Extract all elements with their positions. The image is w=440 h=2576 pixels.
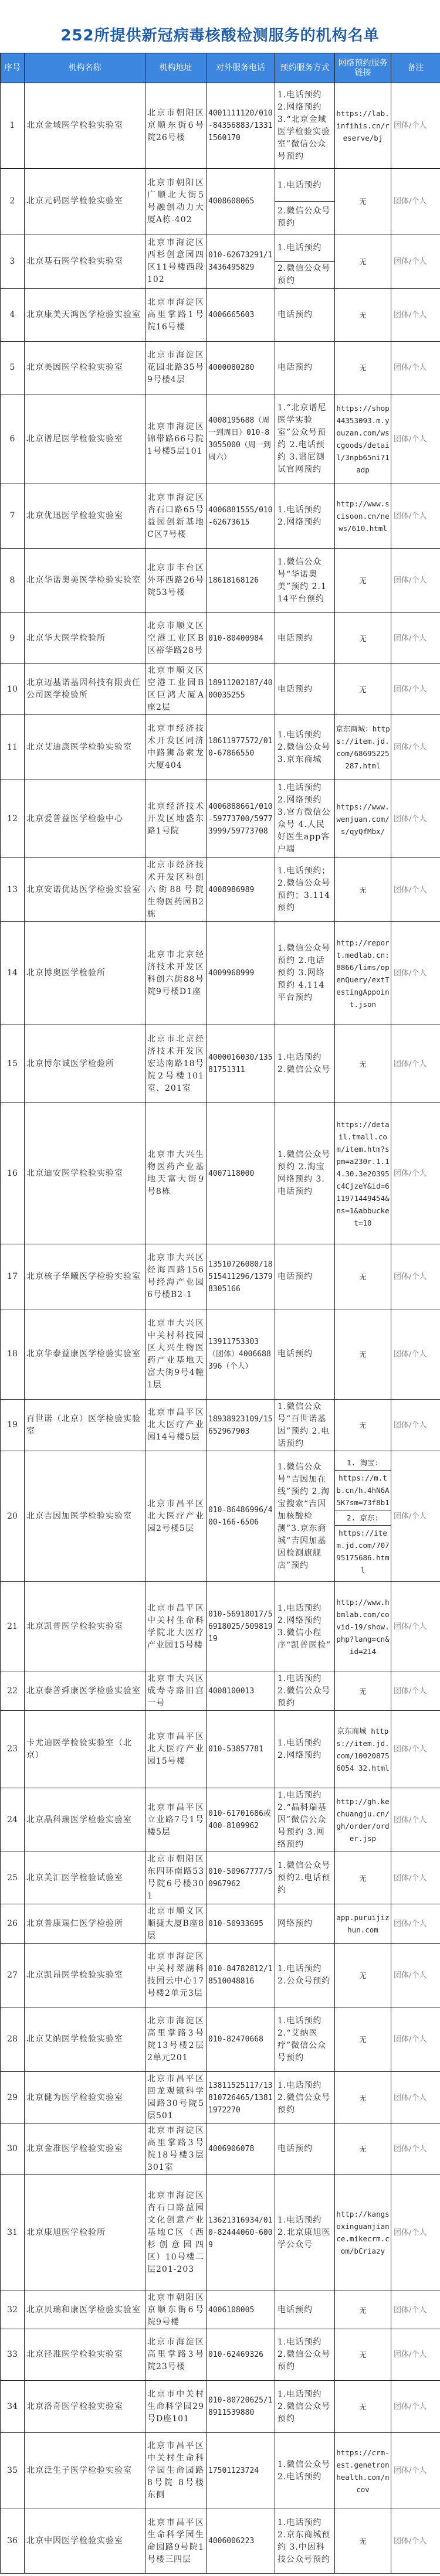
no-link-text: 无 (335, 2143, 391, 2155)
no-link-text: 无 (335, 195, 391, 207)
service-scope-note: 团体/个人 (391, 2329, 440, 2381)
booking-link[interactable]: http://kangsoxinguanjiance.mikecrm.com/b… (335, 2175, 391, 2291)
table-row: 9北京华大医学检验所北京市顺义区空港工业区B区裕华路28号010-8040098… (1, 613, 440, 664)
row-number: 17 (1, 1244, 25, 1309)
service-phone: 010-50933695 (207, 1904, 275, 1944)
booking-link-none: 无 (335, 1944, 391, 2007)
booking-url[interactable]: https://detail.tmall.com/item.htm?spm=a2… (335, 1118, 391, 1229)
booking-method-item: 1.电话预约 2.微信公众号预约 (275, 2388, 334, 2425)
no-link-text: 无 (335, 2304, 391, 2316)
institution-address: 北京市大兴区成寿寺路旧宫一号 (145, 1672, 207, 1711)
booking-link-none: 无 (335, 1400, 391, 1451)
service-scope-note: 团体/个人 (391, 2291, 440, 2329)
institution-address: 北京市昌平区中关村生命科学园生命园路8号院 8号楼东侧 (145, 2433, 207, 2509)
booking-link-none: 无 (335, 2124, 391, 2175)
booking-method-item: 1.电话预约 2.网络预约 (275, 1737, 334, 1762)
booking-method-item: 电话预约 (275, 2304, 334, 2316)
row-number: 5 (1, 342, 25, 394)
table-row: 26北京普康瑞仁医学检验所北京市顺义区顺捷大厦B座8层010-50933695网… (1, 1904, 440, 1944)
row-number: 20 (1, 1451, 25, 1582)
booking-link[interactable]: https://www.wenjuan.com/s/qyQfMbx/ (335, 780, 391, 858)
booking-link[interactable]: http://report.medlab.cn:8866/lims/openQu… (335, 922, 391, 1025)
institution-name: 北京艾迪康医学检验实验室 (25, 715, 145, 780)
no-link-text: 无 (335, 574, 391, 587)
table-row: 24北京晶科瑞医学检验实验室北京市昌平区立业路7号1号楼5层010-617016… (1, 1788, 440, 1852)
institution-address: 北京市海淀区西杉创意园四区11号楼西段102 (145, 234, 207, 289)
row-number: 21 (1, 1582, 25, 1672)
booking-method-item: 电话预约 (275, 1348, 334, 1360)
booking-url[interactable]: http://gh.kechuangju.cn/gh/order/order.j… (335, 1795, 391, 1845)
service-scope-note: 团体/个人 (391, 342, 440, 394)
booking-method-item: 1.电话预约 2.京东商城预约 3.中因科技公众号预约 (275, 2517, 334, 2566)
table-row: 25北京美汇医学检验试验室北京市朝阳区东四环南路53号院6号楼301010-50… (1, 1852, 440, 1904)
row-number: 28 (1, 2007, 25, 2072)
table-row: 27北京凯昂医学检验实验室北京市海淀区中关村翠湖科技园云中心17号楼2单元3层0… (1, 1944, 440, 2007)
service-phone: 4006006223 (207, 2509, 275, 2574)
booking-method-item: 1.电话预约 2.“艾纳医疗”微信公众号预约 (275, 2015, 334, 2064)
booking-url[interactable]: https://item.jd.com/70795175686.html (335, 1526, 391, 1577)
no-link-text: 无 (335, 2401, 391, 2413)
institution-name: 北京径准医学检验实验室 (25, 2329, 145, 2381)
institution-address: 北京市昌平区生命科学园生命园路9号院1号楼三四层 (145, 2509, 207, 2574)
booking-link[interactable]: https://crm-est.genetronhealth.com/ncov (335, 2433, 391, 2509)
institution-address: 北京经济技术开发区地盛东路1号院 (145, 780, 207, 858)
booking-method: 1.微信公众号预约 2.电话预约 3.网络预约 4.114平台预约 (275, 922, 335, 1025)
table-row: 14北京博奥医学检验所北京市北京经济技术开发区科创六街88号院9号楼D1座400… (1, 922, 440, 1025)
institution-name: 北京迪安医学检验实验室 (25, 1103, 145, 1244)
row-number: 19 (1, 1400, 25, 1451)
booking-method-item: 1.电话预约 (275, 169, 334, 201)
booking-url[interactable]: app.puruijizhun.com (335, 1911, 391, 1936)
booking-link[interactable]: https://detail.tmall.com/item.htm?spm=a2… (335, 1103, 391, 1244)
service-scope-note: 团体/个人 (391, 2433, 440, 2509)
booking-method: 1.电话预约 2.网络预约 3.“北京金域医学检验实验室”微信公众号预约 (275, 83, 335, 169)
row-number: 11 (1, 715, 25, 780)
booking-method: 网络预约 (275, 1904, 335, 1944)
booking-link-none: 无 (335, 289, 391, 342)
booking-link[interactable]: http://gh.kechuangju.cn/gh/order/order.j… (335, 1788, 391, 1852)
institution-name: 北京金域医学检验实验室 (25, 83, 145, 169)
service-phone: 13621316934/010-82444060-6009 (207, 2175, 275, 2291)
header-seq: 序号 (1, 53, 25, 83)
booking-link-none: 无 (335, 2509, 391, 2574)
booking-link[interactable]: 京东商城：https://item.jd.com/68695225287.htm… (335, 715, 391, 780)
booking-method-item: 1.电话预约；2.微信公众号预约；3.114预约 (275, 865, 334, 914)
booking-url[interactable]: https://www.wenjuan.com/s/qyQfMbx/ (335, 801, 391, 838)
booking-method: 1.电话预约2.微信公众号预约 (275, 234, 335, 289)
booking-method-item: 1.微信公众号预约 2.淘宝网络预约 3.电话预约 (275, 1149, 334, 1198)
service-scope-note: 团体/个人 (391, 1025, 440, 1103)
institution-name: 北京博奥医学检验所 (25, 922, 145, 1025)
service-scope-note: 团体/个人 (391, 1451, 440, 1582)
booking-method: 1.电话预约 2.北京康旭医学公众号 (275, 2175, 335, 2291)
table-row: 32北京贝瑞和康医学检验实验室北京市朝阳区京顺东街6号院9号楼400610800… (1, 2291, 440, 2329)
institution-name: 北京爱普益医学检验中心 (25, 780, 145, 858)
row-number: 7 (1, 484, 25, 549)
service-scope-note: 团体/个人 (391, 613, 440, 664)
institution-name: 北京基石医学检验实验室 (25, 234, 145, 289)
service-phone: 4006881555/010-62673615 (207, 484, 275, 549)
row-number: 18 (1, 1309, 25, 1400)
booking-url[interactable]: http://report.medlab.cn:8866/lims/openQu… (335, 937, 391, 1010)
institution-name: 北京凯昂医学检验实验室 (25, 1944, 145, 2007)
row-number: 26 (1, 1904, 25, 1944)
page-title: 252所提供新冠病毒核酸检测服务的机构名单 (0, 23, 440, 45)
booking-method: 1.微信公众号“华诺奥美”预约 2.114平台预约 (275, 549, 335, 613)
header-phone: 对外服务电话 (207, 53, 275, 83)
booking-link[interactable]: 京东商城 https://item.jd.com/100208756054 32… (335, 1711, 391, 1788)
institution-address: 北京市丰台区外环西路26号院53号楼 (145, 549, 207, 613)
booking-method: 1.电话预约 2.网络预约 (275, 484, 335, 549)
institution-address: 北京市朝阳区东四环南路53号院6号楼301 (145, 1852, 207, 1904)
institution-address: 北京市昌平区中关村生命科学院北大医疗产业园15号楼 (145, 1582, 207, 1672)
booking-method-item: 1.电话预约 2.北京康旭医学公众号 (275, 2214, 334, 2251)
table-row: 34北京洛奇医学检验实验室北京市中关村生命科学园29号D座101010-8072… (1, 2381, 440, 2433)
no-link-text: 无 (335, 632, 391, 645)
table-row: 8北京华诺奥美医学检验实验室北京市丰台区外环西路26号院53号楼18618168… (1, 549, 440, 613)
institution-name: 北京美汇医学检验试验室 (25, 1852, 145, 1904)
booking-method-item: 1.“北京谱尼医学实验室”公众号预约 2.电话预约 3.谱尼测试官网预约 (275, 402, 334, 476)
booking-method-item: 1.电话预约 2.“晶科瑞基因”微信公众号预约 3.网络预约 (275, 1789, 334, 1851)
service-phone: 010-53857781 (207, 1711, 275, 1788)
institution-name: 北京博尔诚医学检验所 (25, 1025, 145, 1103)
booking-method: 1.微信公众号 2.电话预约 (275, 2433, 335, 2509)
institution-address: 北京市中关村生命科学园29号D座101 (145, 2381, 207, 2433)
booking-method: 1.电话预约 2.微信公众号预约 (275, 2329, 335, 2381)
service-phone: 010-80400984 (207, 613, 275, 664)
table-header-row: 序号 机构名称 机构地址 对外服务电话 预约服务方式 网络预约服务链接 备注 (1, 53, 440, 83)
booking-url[interactable]: http://kangsoxinguanjiance.mikecrm.com/b… (335, 2208, 391, 2257)
booking-method: 1.电话预约 2.微信公众号 (275, 1025, 335, 1103)
booking-method-item: 1.电话预约 2.微信公众号预约 (275, 2080, 334, 2116)
header-address: 机构地址 (145, 53, 207, 83)
booking-method-item: 电话预约 (275, 2143, 334, 2155)
booking-method-item: 1.微信公众号预约 2.电话预约 3.网络预约 4.114平台预约 (275, 942, 334, 1004)
service-phone: 010-50967777/50967962 (207, 1852, 275, 1904)
booking-url[interactable]: https://crm-est.genetronhealth.com/ncov (335, 2446, 391, 2496)
institution-address: 北京市海淀区锦带路66号院1号楼5层101 (145, 394, 207, 484)
service-phone: 4000080280 (207, 342, 275, 394)
service-scope-note: 团体/个人 (391, 1852, 440, 1904)
service-phone: 4000016030/13581751311 (207, 1025, 275, 1103)
booking-link-none: 无 (335, 2007, 391, 2072)
booking-method-item: 网络预约 (275, 1918, 334, 1930)
service-scope-note: 团体/个人 (391, 169, 440, 234)
booking-method: 1.电话预约2.微信公众号预约 (275, 169, 335, 234)
header-name: 机构名称 (25, 53, 145, 83)
booking-link[interactable]: 1. 淘宝:https://m.tb.cn/h.4hN6A5K?sm=73f8b… (335, 1451, 391, 1582)
service-scope-note: 团体/个人 (391, 1904, 440, 1944)
institution-address: 北京市昌平区北大医疗产业园2号楼5层 (145, 1451, 207, 1582)
table-row: 1北京金域医学检验实验室北京市朝阳区京顺东街6号院26号楼4001111120/… (1, 83, 440, 169)
no-link-text: 无 (335, 1271, 391, 1283)
booking-url[interactable]: http://www.scisoon.cn/news/610.html (335, 498, 391, 535)
institution-address: 北京市昌平区回龙观镇科学园路30号院5层501 (145, 2072, 207, 2124)
service-phone: 010-84782812/18510048816 (207, 1944, 275, 2007)
no-link-text: 无 (335, 362, 391, 374)
booking-method-item: 1.电话预约 2.网络预约 3.“北京金域医学检验实验室”微信公众号预约 (275, 89, 334, 163)
service-scope-note: 团体/个人 (391, 1244, 440, 1309)
service-scope-note: 团体/个人 (391, 780, 440, 858)
no-link-text: 无 (335, 256, 391, 268)
institution-name: 百世诺（北京）医学检验实验室 (25, 1400, 145, 1451)
row-number: 36 (1, 2509, 25, 2574)
institution-name: 北京优迅医学检验实验室 (25, 484, 145, 549)
row-number: 15 (1, 1025, 25, 1103)
row-number: 4 (1, 289, 25, 342)
header-link: 网络预约服务链接 (335, 53, 391, 83)
institution-name: 北京美因医学检验实验室 (25, 342, 145, 394)
row-number: 8 (1, 549, 25, 613)
service-scope-note: 团体/个人 (391, 1103, 440, 1244)
booking-method: 1.微信公众号预约2.电话预约 (275, 1852, 335, 1904)
booking-method: 1.电话预约；2.微信公众号预约；3.114预约 (275, 858, 335, 922)
booking-method-item: 1.电话预约 2.网络预约 3.官方微信公众号 4.人民好医生app客户端 (275, 782, 334, 856)
row-number: 9 (1, 613, 25, 664)
table-row: 15北京博尔诚医学检验所北京市北京经济技术开发区宏达南路18号院2号楼101室、… (1, 1025, 440, 1103)
booking-link[interactable]: app.puruijizhun.com (335, 1904, 391, 1944)
no-link-text: 无 (335, 683, 391, 696)
booking-url[interactable]: http://www.hbmlab.com/covid-19/show.php?… (335, 1596, 391, 1658)
table-row: 29北京健为医学检验实验室北京市昌平区回龙观镇科学园路30号院5层5011381… (1, 2072, 440, 2124)
service-phone: 18611977572/010-67866550 (207, 715, 275, 780)
institution-name: 北京华大医学检验所 (25, 613, 145, 664)
table-body: 1北京金域医学检验实验室北京市朝阳区京顺东街6号院26号楼4001111120/… (1, 83, 440, 2574)
institution-address: 北京市海淀区花园北路35号9号楼4层 (145, 342, 207, 394)
institution-address: 北京市北京经济技术开发区科创六街88号院9号楼D1座 (145, 922, 207, 1025)
booking-method: 1.微信公众号预约 2.淘宝网络预约 3.电话预约 (275, 1103, 335, 1244)
row-number: 33 (1, 2329, 25, 2381)
row-number: 1 (1, 83, 25, 169)
service-phone: 17501123724 (207, 2433, 275, 2509)
service-phone: 13510726080/18515411296/13798305166 (207, 1244, 275, 1309)
booking-method: 电话预约 (275, 1309, 335, 1400)
institution-name: 卡尤迪医学检验实验室（北京） (25, 1711, 145, 1788)
table-row: 17北京核子华曦医学检验实验室北京市大兴区经海四路156号经海产业园6号楼B2-… (1, 1244, 440, 1309)
row-number: 14 (1, 922, 25, 1025)
service-scope-note: 团体/个人 (391, 1400, 440, 1451)
booking-method: 电话预约 (275, 289, 335, 342)
booking-method: 1.电话预约 2.公众号预约 (275, 1944, 335, 2007)
table-row: 31北京康旭医学检验所北京市海淀区杏石口路益园文化创意产业基地C区（西杉创意园四… (1, 2175, 440, 2291)
service-phone: 4006108005 (207, 2291, 275, 2329)
booking-method-item: 1.微信公众号 2.电话预约 (275, 2459, 334, 2483)
booking-method: 1.电话预约 2.京东商城预约 3.中因科技公众号预约 (275, 2509, 335, 2574)
institution-name: 北京谱尼医学检验实验室 (25, 394, 145, 484)
institution-address: 北京市顺义区空港工业区B区裕华路28号 (145, 613, 207, 664)
service-scope-note: 团体/个人 (391, 1944, 440, 2007)
booking-method-item: 1.电话预约 2.微信公众号预约 (275, 1673, 334, 1710)
service-scope-note: 团体/个人 (391, 549, 440, 613)
table-row: 5北京美因医学检验实验室北京市海淀区花园北路35号9号楼4层4000080280… (1, 342, 440, 394)
booking-method-item: 电话预约 (275, 362, 334, 374)
booking-method-item: 1.微信公众号“华诺奥美”预约 2.114平台预约 (275, 556, 334, 605)
booking-method-item: 电话预约 (275, 683, 334, 696)
table-row: 4北京康美天鸿医学检验实验室北京市海淀区高里掌路1号院16号楼400666560… (1, 289, 440, 342)
institution-name: 北京吉因加医学检验实验室 (25, 1451, 145, 1582)
header-method: 预约服务方式 (275, 53, 335, 83)
institution-name: 北京洛奇医学检验实验室 (25, 2381, 145, 2433)
header-note: 备注 (391, 53, 440, 83)
service-phone: 4006665603 (207, 289, 275, 342)
booking-method: 1.电话预约 2.微信公众号预约 (275, 1672, 335, 1711)
booking-link-none: 无 (335, 2291, 391, 2329)
table-row: 2北京元码医学检验实验室北京市朝阳区广顺北大街5号融创动力大厦A栋-402400… (1, 169, 440, 234)
service-scope-note: 团体/个人 (391, 2509, 440, 2574)
booking-url[interactable]: https://shop44353093.m.youzan.com/wscgoo… (335, 402, 391, 476)
institution-address: 北京市顺义区空港工业园B区巨鸿大厦A座2层 (145, 664, 207, 715)
institution-name: 北京健为医学检验实验室 (25, 2072, 145, 2124)
booking-link[interactable]: http://www.hbmlab.com/covid-19/show.php?… (335, 1582, 391, 1672)
booking-method: 电话预约 (275, 1244, 335, 1309)
booking-link-none: 无 (335, 342, 391, 394)
institution-name: 北京贝瑞和康医学检验实验室 (25, 2291, 145, 2329)
institution-name: 北京元码医学检验实验室 (25, 169, 145, 234)
booking-method: 1.电话预约 2.“艾纳医疗”微信公众号预约 (275, 2007, 335, 2072)
booking-link-none: 无 (335, 2072, 391, 2124)
booking-method-item: 1.电话预约 2.网络预约 3.微信小程序“凯普医检” (275, 1602, 334, 1652)
booking-link-none: 无 (335, 664, 391, 715)
table-row: 7北京优迅医学检验实验室北京市海淀区杏石口路65号益园创新基地C区7号楼4006… (1, 484, 440, 549)
no-link-text: 无 (335, 1872, 391, 1884)
institution-address: 北京市海淀区高里掌路3号院23号楼 (145, 2329, 207, 2381)
row-number: 31 (1, 2175, 25, 2291)
booking-method-item: 1.电话预约 2.微信公众号 (275, 1052, 334, 1076)
service-phone: 010-61701686或400-8109962 (207, 1788, 275, 1852)
institution-address: 北京市海淀区高里掌路3号院13号楼2层2单元201 (145, 2007, 207, 2072)
service-scope-note: 团体/个人 (391, 394, 440, 484)
row-number: 6 (1, 394, 25, 484)
service-phone: 13811525117/13810726465/13811972270 (207, 2072, 275, 2124)
booking-url[interactable]: https://lab.infihis.cn/reserve/bj (335, 107, 391, 144)
table-row: 6北京谱尼医学检验实验室北京市海淀区锦带路66号院1号楼5层1014008195… (1, 394, 440, 484)
row-number: 27 (1, 1944, 25, 2007)
service-phone: 13911753303（团体）4006688396（个人） (207, 1309, 275, 1400)
service-scope-note: 团体/个人 (391, 1582, 440, 1672)
service-phone: 010-56918017/56918025/50981919 (207, 1582, 275, 1672)
booking-method: 电话预约 (275, 664, 335, 715)
table-row: 20北京吉因加医学检验实验室北京市昌平区北大医疗产业园2号楼5层010-8648… (1, 1451, 440, 1582)
table-row: 11北京艾迪康医学检验实验室北京市经济技术开发区同济中路狮岛索龙大厦404186… (1, 715, 440, 780)
booking-method: 1.电话预约 2.网络预约 3.官方微信公众号 4.人民好医生app客户端 (275, 780, 335, 858)
booking-link-none: 无 (335, 2381, 391, 2433)
institution-address: 北京市大兴区经海四路156号经海产业园6号楼B2-1 (145, 1244, 207, 1309)
service-scope-note: 团体/个人 (391, 1711, 440, 1788)
service-phone: 4006888661/010-59773700/59773999/5977370… (207, 780, 275, 858)
row-number: 25 (1, 1852, 25, 1904)
no-link-text: 无 (335, 1419, 391, 1431)
table-row: 3北京基石医学检验实验室北京市海淀区西杉创意园四区11号楼西段102010-62… (1, 234, 440, 289)
service-scope-note: 团体/个人 (391, 922, 440, 1025)
service-phone: 4008195688（周一到周日）010-83055000（周一到周六） (207, 394, 275, 484)
booking-url[interactable]: 京东商城 https://item.jd.com/100208756054 32… (335, 1725, 391, 1774)
booking-method-item: 1.电话预约 2.微信公众号 3.京东商城 (275, 729, 334, 766)
service-scope-note: 团体/个人 (391, 2007, 440, 2072)
no-link-text: 无 (335, 1348, 391, 1360)
booking-method-item: 1.电话预约 2.微信公众号预约 (275, 2336, 334, 2373)
table-row: 22北京泰普舜康医学检验实验室北京市大兴区成寿寺路旧宫一号40081000131… (1, 1672, 440, 1711)
institution-address: 北京市海淀区杏石口路65号益园创新基地C区7号楼 (145, 484, 207, 549)
institution-name: 北京中因医学检验实验室 (25, 2509, 145, 2574)
table-row: 13北京安诺优达医学检验实验室北京市经济技术开发区科创六街88号院 生物医药园B… (1, 858, 440, 922)
booking-link[interactable]: https://shop44353093.m.youzan.com/wscgoo… (335, 394, 391, 484)
service-phone: 010-62469326 (207, 2329, 275, 2381)
booking-method: 电话预约 (275, 2291, 335, 2329)
booking-url[interactable]: https://m.tb.cn/h.4hN6A5K?sm=73f8b1 (335, 1471, 391, 1510)
booking-method: 电话预约 (275, 613, 335, 664)
institution-address: 北京市北京经济技术开发区宏达南路18号院2号楼101室、201室 (145, 1025, 207, 1103)
service-scope-note: 团体/个人 (391, 2124, 440, 2175)
booking-method: 1.微信公众号“吉因加在线”预约 2.淘宝搜索“吉因加核酸检测”3.京东商城“吉… (275, 1451, 335, 1582)
row-number: 2 (1, 169, 25, 234)
institution-name: 北京泰普舜康医学检验实验室 (25, 1672, 145, 1711)
booking-link[interactable]: https://lab.infihis.cn/reserve/bj (335, 83, 391, 169)
booking-url[interactable]: 1. 淘宝: (335, 1455, 391, 1471)
institution-table: 序号 机构名称 机构地址 对外服务电话 预约服务方式 网络预约服务链接 备注 1… (0, 53, 440, 2574)
service-phone: 4008100013 (207, 1672, 275, 1711)
booking-link-none: 无 (335, 1244, 391, 1309)
institution-name: 北京华诺奥美医学检验实验室 (25, 549, 145, 613)
booking-method: 1.电话预约 2.微信公众号预约 (275, 2072, 335, 2124)
service-scope-note: 团体/个人 (391, 484, 440, 549)
institution-address: 北京市昌平区立业路7号1号楼5层 (145, 1788, 207, 1852)
table-row: 35北京泛生子医学检验实验室北京市昌平区中关村生命科学园生命园路8号院 8号楼东… (1, 2433, 440, 2509)
row-number: 29 (1, 2072, 25, 2124)
service-scope-note: 团体/个人 (391, 83, 440, 169)
table-row: 19百世诺（北京）医学检验实验室北京市昌平区北大医疗产业园14号楼5层18938… (1, 1400, 440, 1451)
service-phone: 18938923109/15652967903 (207, 1400, 275, 1451)
institution-address: 北京市海淀区杏石口路益园文化创意产业基地C区（西杉创意园四区）10号楼二层201… (145, 2175, 207, 2291)
service-scope-note: 团体/个人 (391, 234, 440, 289)
booking-method-item: 1.电话预约 2.公众号预约 (275, 1963, 334, 1988)
service-scope-note: 团体/个人 (391, 858, 440, 922)
institution-name: 北京康美天鸿医学检验实验室 (25, 289, 145, 342)
booking-method-item: 1.电话预约 (275, 235, 334, 261)
booking-link-none: 无 (335, 1852, 391, 1904)
no-link-text: 无 (335, 2349, 391, 2361)
service-scope-note: 团体/个人 (391, 715, 440, 780)
service-phone: 4008986989 (207, 858, 275, 922)
service-scope-note: 团体/个人 (391, 2175, 440, 2291)
booking-method-item: 2.微信公众号预约 (275, 261, 334, 288)
no-link-text: 无 (335, 1969, 391, 1982)
no-link-text: 无 (335, 2535, 391, 2547)
service-phone: 010-82470668 (207, 2007, 275, 2072)
service-phone: 4008608065 (207, 169, 275, 234)
booking-url[interactable]: 京东商城：https://item.jd.com/68695225287.htm… (335, 723, 391, 772)
institution-name: 北京安诺优达医学检验实验室 (25, 858, 145, 922)
booking-method-item: 1.微信公众号“吉因加在线”预约 2.淘宝搜索“吉因加核酸检测”3.京东商城“吉… (275, 1461, 334, 1572)
booking-link-none: 无 (335, 858, 391, 922)
table-row: 30北京金准医学检验实验室北京市海淀区高里掌路3号院18号楼3层301室4006… (1, 2124, 440, 2175)
booking-method-item: 电话预约 (275, 309, 334, 321)
institution-address: 北京市昌平区北大医疗产业园14号楼5层 (145, 1400, 207, 1451)
table-row: 16北京迪安医学检验实验室北京市大兴生物医药产业基地天富大街9号8栋400711… (1, 1103, 440, 1244)
booking-link-none: 无 (335, 1309, 391, 1400)
booking-link[interactable]: http://www.scisoon.cn/news/610.html (335, 484, 391, 549)
institution-address: 北京市顺义区顺捷大厦B座8层 (145, 1904, 207, 1944)
institution-address: 北京市朝阳区京顺东街6号院9号楼 (145, 2291, 207, 2329)
booking-url[interactable]: 2. 京东: (335, 1510, 391, 1526)
booking-link-none: 无 (335, 549, 391, 613)
service-phone: 4009968999 (207, 922, 275, 1025)
service-phone: 4007118000 (207, 1103, 275, 1244)
no-link-text: 无 (335, 1058, 391, 1070)
booking-method: 1.“北京谱尼医学实验室”公众号预约 2.电话预约 3.谱尼测试官网预约 (275, 394, 335, 484)
table-row: 21北京凯普医学检验实验室北京市昌平区中关村生命科学院北大医疗产业园15号楼01… (1, 1582, 440, 1672)
service-phone: 010-62673291/13436495829 (207, 234, 275, 289)
institution-address: 北京市朝阳区京顺东街6号院26号楼 (145, 83, 207, 169)
